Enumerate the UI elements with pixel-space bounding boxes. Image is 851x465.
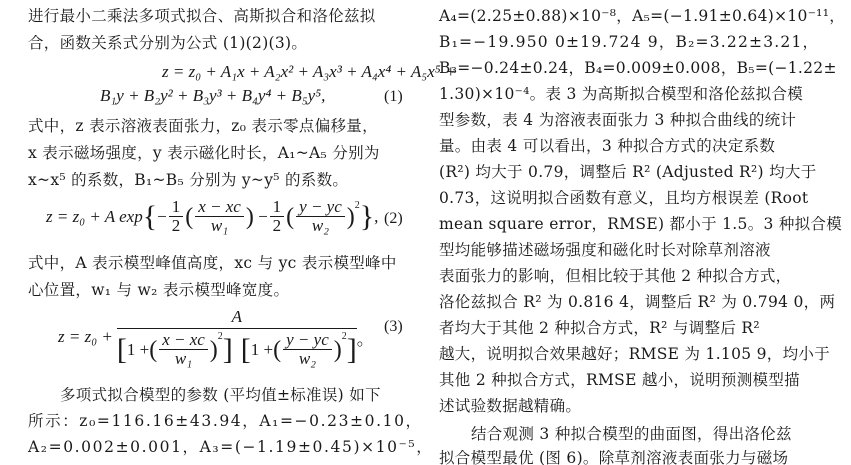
right-brace: } bbox=[360, 202, 374, 232]
text-line: 1.30)×10⁻⁴。表 3 为高斯拟合模型和洛伦兹拟合模 bbox=[439, 84, 803, 104]
text-line: 者均大于其他 2 种拟合方式，R² 与调整后 R² bbox=[439, 318, 760, 338]
fraction-y: y − ycw₂ bbox=[296, 198, 345, 235]
text-line: 型参数，表 4 为溶液表面张力 3 种拟合曲线的统计 bbox=[439, 110, 796, 130]
equation-1-line-1: z = z₀ + A₁x + A₂x² + A₃x³ + A₄x⁴ + A₅x⁵… bbox=[162, 62, 456, 82]
main-fraction: A [ 1 + ( x − xcw₁ )2 ] [ 1 + ( y − ycw₂… bbox=[117, 306, 357, 368]
text-line: 式中，z 表示溶液表面张力，z₀ 表示零点偏移量， bbox=[28, 116, 378, 136]
text-line: x 表示磁场强度，y 表示磁化时长，A₁~A₅ 分别为 bbox=[28, 143, 380, 163]
equation-2: z = z₀ + A exp { − 12 ( x − xcw₁ ) − 12 … bbox=[46, 198, 378, 235]
text-line: 拟合模型最优 (图 6)。除草剂溶液表面张力与磁场 bbox=[439, 448, 788, 465]
text-line: 心位置，w₁ 与 w₂ 表示模型峰宽度。 bbox=[28, 280, 289, 300]
fraction-half: 12 bbox=[169, 198, 184, 235]
text-line: 越大，说明拟合效果越好；RMSE 为 1.105 9，均小于 bbox=[439, 344, 830, 364]
text-line: x~x⁵ 的系数，B₁~B₅ 分别为 y~y⁵ 的系数。 bbox=[28, 170, 348, 190]
fraction-y: y − ycw₂ bbox=[283, 331, 332, 368]
text-line: B₃=−0.24±0.24，B₄=0.009±0.008，B₅=(−1.22± bbox=[439, 58, 837, 78]
equation-3-number: (3) bbox=[384, 318, 403, 336]
fraction-x: x − xcw₁ bbox=[195, 198, 244, 235]
equation-2-lhs: z = z₀ + A exp bbox=[46, 207, 143, 227]
text-line: 0.73，这说明拟合函数有意义，且均方根误差 (Root bbox=[439, 188, 808, 208]
text-line: 结合观测 3 种拟合模型的曲面图，得出洛伦兹 bbox=[471, 424, 792, 444]
text-line: mean square error，RMSE) 都小于 1.5。3 种拟合模 bbox=[439, 214, 842, 234]
text-line: 进行最小二乘法多项式拟合、高斯拟合和洛伦兹拟 bbox=[28, 6, 376, 26]
text-line: B₁=−19.950 0±19.724 9，B₂=3.22±3.21， bbox=[439, 32, 819, 52]
text-line: 洛伦兹拟合 R² 为 0.816 4，调整后 R² 为 0.794 0，两 bbox=[439, 292, 835, 312]
text-line: 式中，A 表示模型峰值高度，xc 与 yc 表示模型峰中 bbox=[28, 253, 397, 273]
text-line: 多项式拟合模型的参数 (平均值±标准误) 如下 bbox=[60, 385, 381, 405]
left-brace: { bbox=[143, 202, 157, 232]
equation-2-number: (2) bbox=[384, 210, 403, 228]
text-line: 述试验数据越精确。 bbox=[439, 396, 581, 416]
text-line: 所示：z₀=116.16±43.94，A₁=−0.23±0.10， bbox=[28, 411, 423, 431]
text-line: 合，函数关系式分别为公式 (1)(2)(3)。 bbox=[28, 33, 307, 53]
equation-1-line-2: B₁y + B₂y² + B₃y³ + B₄y⁴ + B₅y⁵, bbox=[100, 86, 325, 106]
text-line: 表面张力的影响，但相比较于其他 2 种拟合方式， bbox=[439, 266, 791, 286]
equation-1-number: (1) bbox=[384, 88, 403, 106]
fraction-half: 12 bbox=[270, 198, 285, 235]
text-line: A₄=(2.25±0.88)×10⁻⁸，A₅=(−1.91±0.64)×10⁻¹… bbox=[439, 6, 845, 26]
text-line: 其他 2 种拟合方式，RMSE 越小，说明预测模型描 bbox=[439, 370, 800, 390]
fraction-x: x − xcw₁ bbox=[159, 331, 208, 368]
equation-3-lhs: z = z₀ + bbox=[58, 327, 113, 347]
text-line: A₂=0.002±0.001，A₃=(−1.19±0.45)×10⁻⁵， bbox=[28, 437, 433, 457]
equation-3: z = z₀ + A [ 1 + ( x − xcw₁ )2 ] [ 1 + (… bbox=[58, 306, 374, 368]
text-line: (R²) 均大于 0.79，调整后 R² (Adjusted R²) 均大于 bbox=[439, 162, 817, 182]
text-line: 量。由表 4 可以看出，3 种拟合方式的决定系数 bbox=[439, 136, 775, 156]
text-line: 型均能够描述磁场强度和磁化时长对除草剂溶液 bbox=[439, 240, 771, 260]
